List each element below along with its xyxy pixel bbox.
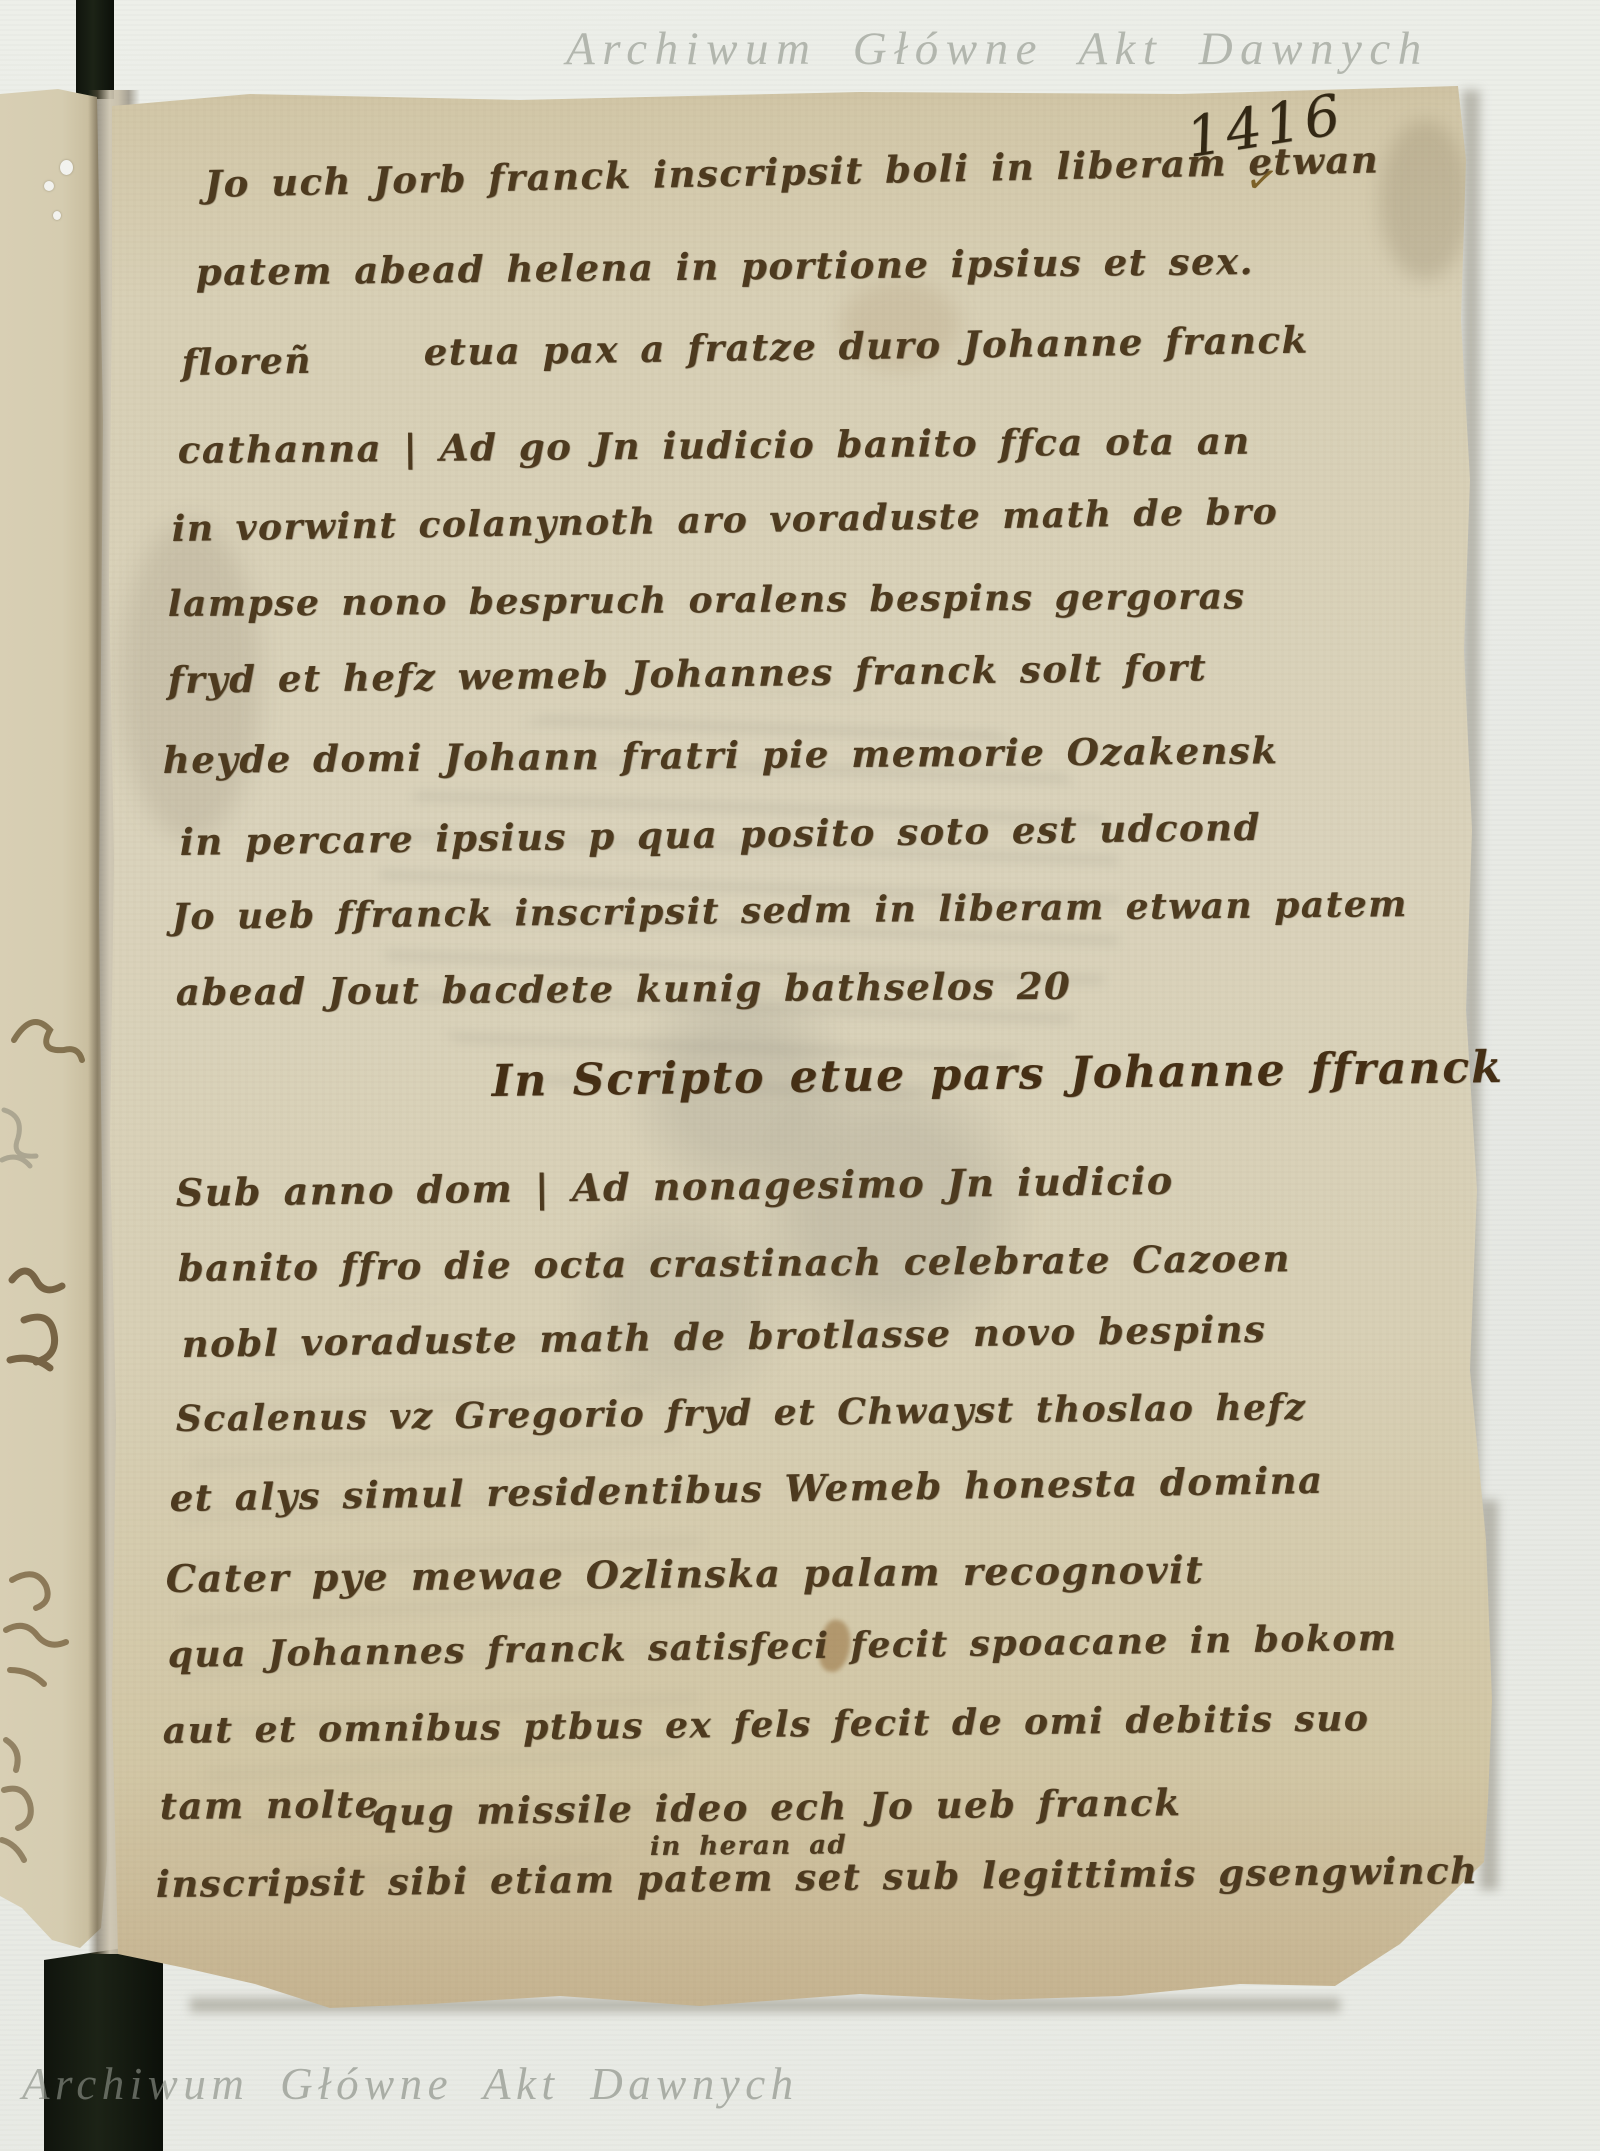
left-page-ink-mark <box>4 1250 94 1380</box>
manuscript-line: floreñ <box>181 340 312 384</box>
binding-strap-top <box>76 0 114 99</box>
left-page-ink-mark <box>2 1560 92 1700</box>
manuscript-line: abead Jout bacdete kunig bathselos 20 <box>176 964 1072 1014</box>
paper-stain <box>1380 120 1470 280</box>
manuscript-line: tam nolte <box>160 1782 380 1828</box>
paper-fleck <box>53 211 61 220</box>
manuscript-line: lampse nono bespruch oralens bespins ger… <box>168 575 1246 625</box>
document-scan: 1416 ✓ Jo uch Jorb franck inscripsit bol… <box>0 0 1600 2151</box>
archive-watermark-top: Archiwum Główne Akt Dawnych <box>566 22 1429 76</box>
binding-strap-bottom <box>44 1942 163 2151</box>
manuscript-line: cathanna | Ad go Jn iudicio banito ffca … <box>178 419 1251 472</box>
left-page-ink-mark <box>0 1720 70 1870</box>
paper-fleck <box>44 181 54 191</box>
manuscript-line: Cater pye mewae Ozlinska palam recognovi… <box>166 1547 1205 1601</box>
left-page-ink-mark <box>0 1090 60 1190</box>
paper-fleck <box>60 160 73 175</box>
left-page-ink-mark <box>8 1000 88 1090</box>
